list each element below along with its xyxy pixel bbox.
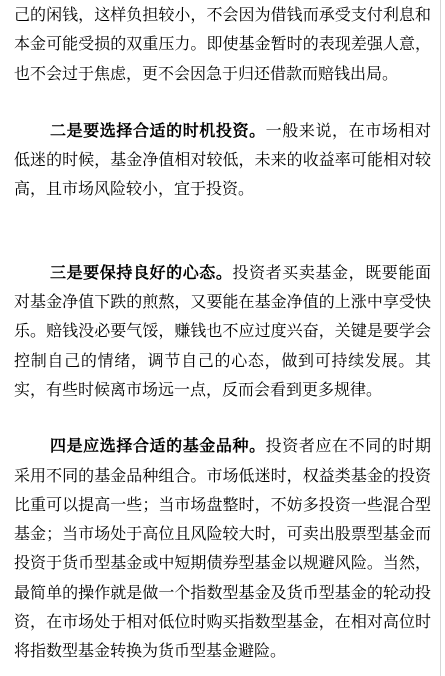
article-page: 己的闲钱，这样负担较小，不会因为借钱而承受支付利息和本金可能受损的双重压力。即使… — [0, 0, 445, 676]
paragraph: 四是应选择合适的基金品种。投资者应在不同的时期采用不同的基金品种组合。市场低迷时… — [14, 432, 431, 666]
paragraph-lead: 二是要选择合适的时机投资。 — [50, 123, 266, 140]
paragraph: 三是要保持良好的心态。投资者买卖基金，既要能面对基金净值下跌的煎熬，又要能在基金… — [14, 259, 431, 405]
page-edge-divider — [440, 0, 441, 676]
paragraph-lead: 三是要保持良好的心态。 — [50, 265, 233, 282]
paragraph: 己的闲钱，这样负担较小，不会因为借钱而承受支付利息和本金可能受损的双重压力。即使… — [14, 1, 431, 89]
paragraph-text: 投资者应在不同的时期采用不同的基金品种组合。市场低迷时，权益类基金的投资比重可以… — [14, 438, 431, 660]
paragraph-lead: 四是应选择合适的基金品种。 — [50, 438, 266, 455]
paragraph: 二是要选择合适的时机投资。一般来说，在市场相对低迷的时候，基金净值相对较低，未来… — [14, 117, 431, 205]
paragraph-text: 投资者买卖基金，既要能面对基金净值下跌的煎熬，又要能在基金净值的上涨中享受快乐。… — [14, 265, 431, 399]
paragraph-text: 己的闲钱，这样负担较小，不会因为借钱而承受支付利息和本金可能受损的双重压力。即使… — [14, 7, 431, 83]
